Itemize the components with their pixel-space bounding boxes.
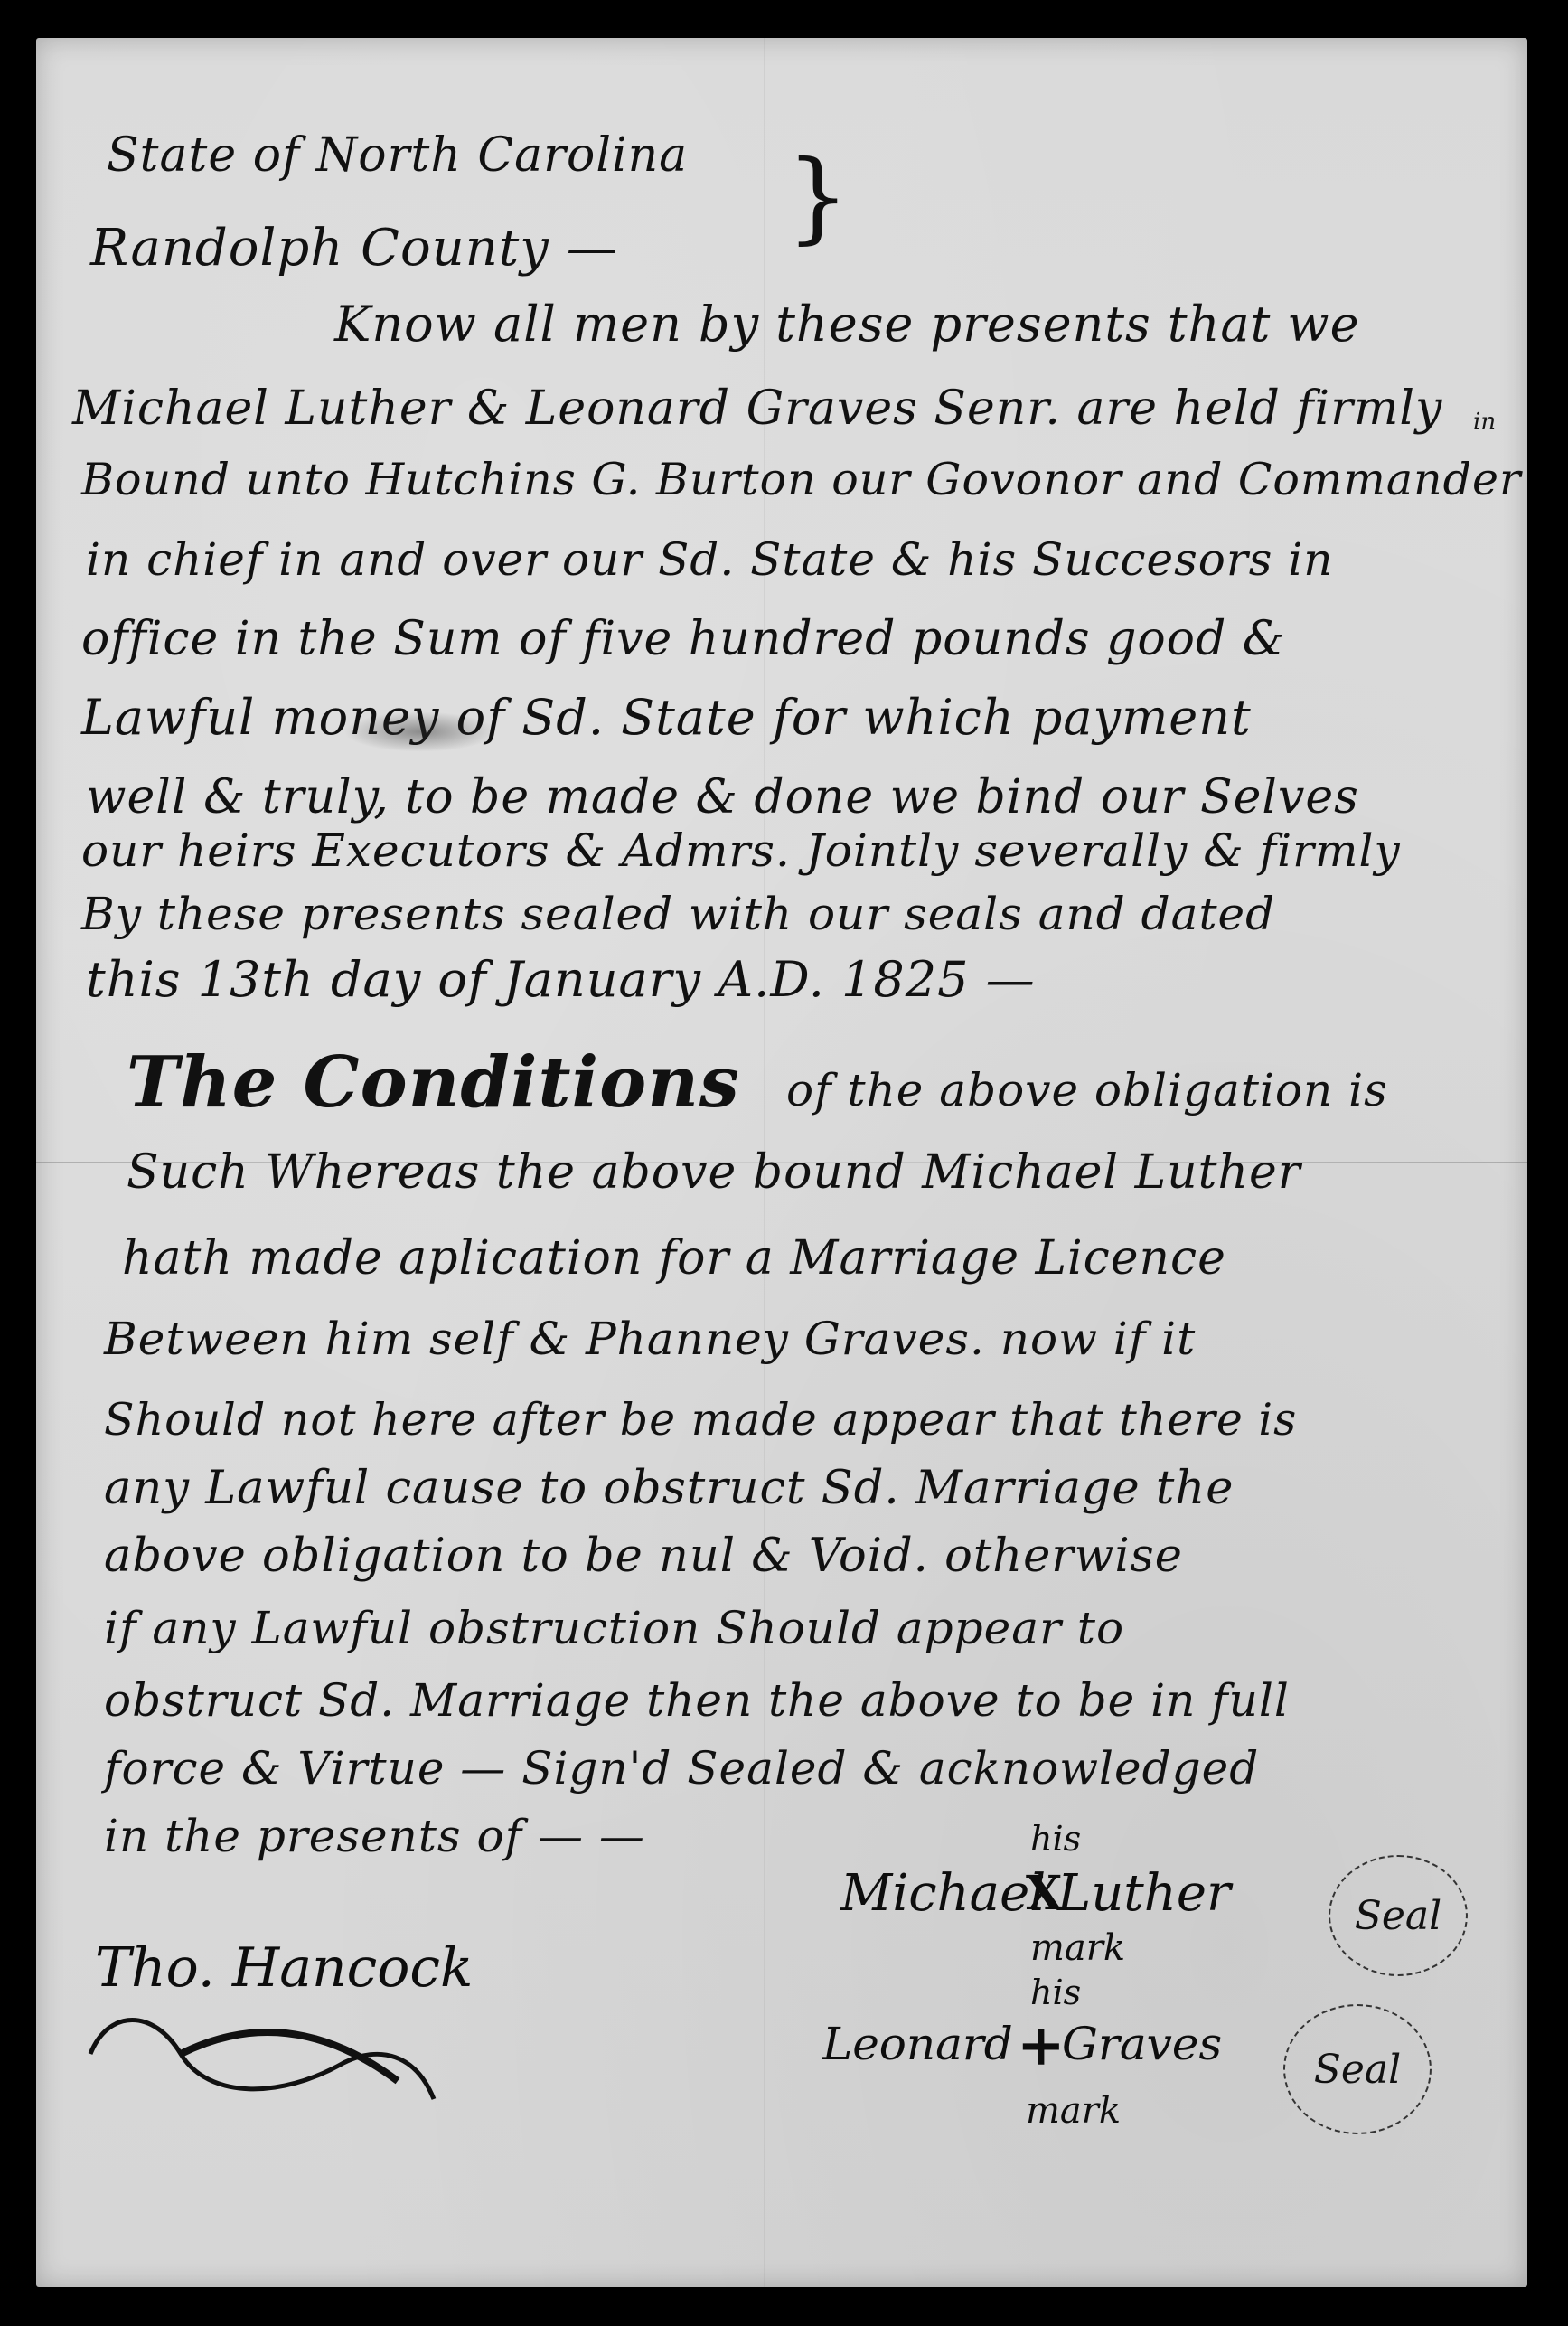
witness-signature: Tho. Hancock: [95, 1936, 473, 2000]
sig1-mark-label: mark: [1030, 1927, 1125, 1969]
sig1-first-name: Michael: [840, 1864, 1046, 1923]
conditions-heading: The Conditions: [127, 1041, 740, 1124]
body-line-6: Lawful money of Sd. State for which paym…: [81, 689, 1252, 746]
condition-line-8: if any Lawful obstruction Should appear …: [104, 1602, 1124, 1654]
body-line-7: well & truly, to be made & done we bind …: [86, 770, 1359, 824]
sig1-his: his: [1030, 1819, 1081, 1859]
body-line-9: By these presents sealed with our seals …: [81, 888, 1275, 940]
sig2-first-name: Leonard: [822, 2018, 1013, 2070]
sig1-last-name: Luther: [1057, 1864, 1231, 1923]
date-line-text: this 13th day of January A.D. 1825 —: [86, 951, 1036, 1008]
header-state: State of North Carolina: [107, 128, 688, 183]
condition-line-5: Should not here after be made appear tha…: [104, 1394, 1297, 1446]
condition-line-9: obstruct Sd. Marriage then the above to …: [104, 1674, 1290, 1727]
condition-line-2: Such Whereas the above bound Michael Lut…: [127, 1145, 1301, 1200]
body-line-8: our heirs Executors & Admrs. Jointly sev…: [81, 824, 1401, 877]
body-line-1: Know all men by these presents that we: [334, 296, 1360, 353]
sig2-mark-label: mark: [1026, 2090, 1121, 2132]
sig2-his: his: [1030, 1973, 1081, 2012]
insertion-in: in: [1473, 409, 1496, 436]
condition-line-1: of the above obligation is: [786, 1064, 1388, 1116]
seal-michael-luther: Seal: [1329, 1855, 1468, 1976]
condition-line-10: force & Virtue — Sign'd Sealed & acknowl…: [104, 1742, 1259, 1794]
sig2-mark-cross: +: [1017, 2011, 1066, 2079]
document-page: State of North Carolina Randolph County …: [36, 38, 1527, 2287]
witness-flourish: [72, 2000, 452, 2117]
condition-line-3: hath made aplication for a Marriage Lice…: [122, 1231, 1226, 1285]
seal-leonard-graves: Seal: [1283, 2004, 1432, 2134]
body-line-3: Bound unto Hutchins G. Burton our Govono…: [81, 454, 1521, 505]
body-line-2: Michael Luther & Leonard Graves Senr. ar…: [72, 381, 1442, 436]
condition-line-7: above obligation to be nul & Void. other…: [104, 1530, 1183, 1583]
condition-line-11: in the presents of — —: [104, 1810, 645, 1862]
body-line-4: in chief in and over our Sd. State & his…: [86, 533, 1334, 586]
header-brace: }: [786, 146, 850, 246]
body-line-5: office in the Sum of five hundred pounds…: [81, 612, 1285, 666]
witness-name: Tho. Hancock: [95, 1936, 473, 2000]
sig2-last-name: Graves: [1062, 2018, 1222, 2070]
condition-line-4: Between him self & Phanney Graves. now i…: [104, 1313, 1196, 1365]
body-line-date: this 13th day of January A.D. 1825 —: [86, 951, 1036, 1008]
condition-line-6: any Lawful cause to obstruct Sd. Marriag…: [104, 1462, 1234, 1515]
header-county: Randolph County —: [90, 219, 618, 278]
ink-smudge: [343, 711, 497, 752]
